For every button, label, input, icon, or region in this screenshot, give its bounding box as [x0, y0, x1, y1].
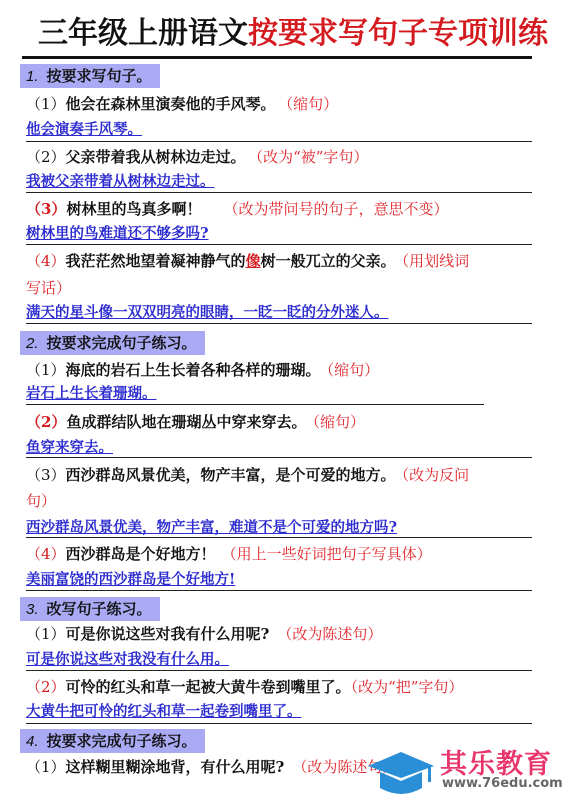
question-text: 他会在森林里演奏他的手风琴。: [66, 95, 276, 113]
question-number: （4）: [26, 252, 66, 270]
question-1-2: （2）父亲带着我从树林边走过。（改为“被”字句）: [26, 146, 368, 168]
question-text: 可怜的红头和草一起被大黄牛卷到嘴里了。: [66, 678, 351, 696]
answer-1-1: 他会演奏手风琴。: [26, 120, 142, 140]
answer-2-3: 西沙群岛风景优美，物产丰富，难道不是个可爱的地方吗?: [26, 518, 397, 538]
answer-2-2: 鱼穿来穿去。: [26, 438, 113, 458]
page-title: 三年级上册语文按要求写句子专项训练: [38, 14, 548, 54]
answer-1-3: 树林里的鸟难道还不够多吗?: [26, 224, 209, 244]
answer-line: [26, 537, 532, 538]
question-3-2: （2）可怜的红头和草一起被大黄牛卷到嘴里了。（改为“把”字句）: [26, 676, 463, 698]
question-4-1: （1）这样糊里糊涂地背，有什么用呢?（改为陈述句）: [26, 756, 397, 778]
section-label: 按要求完成句子练习。: [47, 732, 197, 750]
answer-line: [26, 590, 532, 591]
section-number: 3.: [26, 601, 39, 618]
answer-3-2: 大黄牛把可怜的红头和草一起卷到嘴里了。: [26, 702, 302, 722]
answer-line: [26, 457, 532, 458]
answer-line: [26, 244, 532, 245]
question-3-1: （1）可是你说这些对我有什么用呢?（改为陈述句）: [26, 623, 382, 645]
graduation-cap-icon: [366, 748, 436, 798]
answer-line: [26, 192, 532, 193]
question-text: 树林里的鸟真多啊！: [66, 200, 201, 218]
question-hint: （改为反问: [402, 466, 470, 484]
question-1-1: （1）他会在森林里演奏他的手风琴。（缩句）: [26, 93, 338, 115]
question-number: （2）: [26, 413, 66, 431]
question-2-4: （4）西沙群岛是个好地方！（用上一些好词把句子写具体）: [26, 543, 432, 565]
question-1-3: （3）树林里的鸟真多啊！（改为带问号的句子，意思不变）: [26, 198, 448, 220]
section-label: 改写句子练习。: [47, 600, 152, 618]
answer-2-1: 岩石上生长着珊瑚。: [26, 384, 157, 404]
answer-line: [26, 723, 532, 724]
section-heading-2: 2.按要求完成句子练习。: [20, 331, 205, 355]
question-2-3: （3）西沙群岛风景优美，物产丰富，是个可爱的地方。（改为反问: [26, 464, 469, 486]
title-topic: 按要求写句子专项训练: [248, 16, 548, 51]
answer-line: [26, 404, 484, 405]
underlined-word: 像: [246, 252, 261, 270]
question-hint: （用划线词: [402, 252, 470, 270]
question-text-continued: 树一般兀立的父亲。: [261, 252, 396, 270]
section-heading-1: 1.按要求写句子。: [20, 64, 160, 88]
question-number: （2）: [26, 148, 66, 166]
question-text: 海底的岩石上生长着各种各样的珊瑚。: [66, 361, 321, 379]
section-number: 4.: [26, 733, 39, 750]
question-hint: （缩句）: [312, 413, 365, 431]
question-hint: （缩句）: [286, 95, 339, 113]
question-hint: （用上一些好词把句子写具体）: [222, 545, 432, 563]
section-heading-4: 4.按要求完成句子练习。: [20, 729, 205, 753]
answer-3-1: 可是你说这些对我没有什么用。: [26, 650, 229, 670]
question-text: 我茫茫然地望着凝神静气的: [66, 252, 246, 270]
question-number: （2）: [26, 678, 66, 696]
question-hint-continued: 句）: [26, 490, 56, 512]
title-underline: [22, 56, 532, 59]
question-text: 西沙群岛风景优美，物产丰富，是个可爱的地方。: [66, 466, 396, 484]
question-text: 这样糊里糊涂地背，有什么用呢?: [66, 758, 285, 776]
answer-1-4: 满天的星斗像一双双明亮的眼睛，一眨一眨的分外迷人。: [26, 303, 389, 323]
question-text: 父亲带着我从树林边走过。: [66, 148, 246, 166]
question-number: （1）: [26, 625, 66, 643]
section-number: 2.: [26, 335, 39, 352]
watermark-url: www.76edu.com: [442, 776, 563, 791]
question-text: 鱼成群结队地在珊瑚丛中穿来穿去。: [66, 413, 306, 431]
question-number: （4）: [26, 545, 66, 563]
question-number: （1）: [26, 95, 66, 113]
answer-line: [26, 141, 532, 142]
section-number: 1.: [26, 68, 39, 85]
question-hint-continued: 写话）: [26, 277, 71, 299]
question-number: （1）: [26, 361, 66, 379]
section-heading-3: 3.改写句子练习。: [20, 597, 160, 621]
question-number: （3）: [26, 200, 66, 218]
question-number: （1）: [26, 758, 66, 776]
title-grade: 三年级上册语文: [38, 16, 248, 51]
question-number: （3）: [26, 466, 66, 484]
section-label: 按要求写句子。: [47, 67, 152, 85]
answer-2-4: 美丽富饶的西沙群岛是个好地方!: [26, 570, 235, 590]
section-label: 按要求完成句子练习。: [47, 334, 197, 352]
question-hint: （改为“把”字句）: [351, 678, 464, 696]
answer-line: [26, 670, 532, 671]
watermark-logo: 其乐教育 www.76edu.com: [362, 742, 562, 800]
question-text: 西沙群岛是个好地方！: [66, 545, 216, 563]
answer-1-2: 我被父亲带着从树林边走过。: [26, 172, 215, 192]
question-hint: （缩句）: [327, 361, 380, 379]
question-hint: （改为陈述句）: [277, 625, 382, 643]
question-hint: （改为“被”字句）: [256, 148, 369, 166]
question-1-4: （4）我茫茫然地望着凝神静气的像树一般兀立的父亲。（用划线词: [26, 250, 469, 272]
answer-line: [26, 323, 532, 324]
question-text: 可是你说这些对我有什么用呢?: [66, 625, 270, 643]
question-2-1: （1）海底的岩石上生长着各种各样的珊瑚。（缩句）: [26, 359, 379, 381]
question-hint: （改为带问号的句子，意思不变）: [223, 200, 448, 218]
question-2-2: （2）鱼成群结队地在珊瑚丛中穿来穿去。（缩句）: [26, 411, 365, 433]
